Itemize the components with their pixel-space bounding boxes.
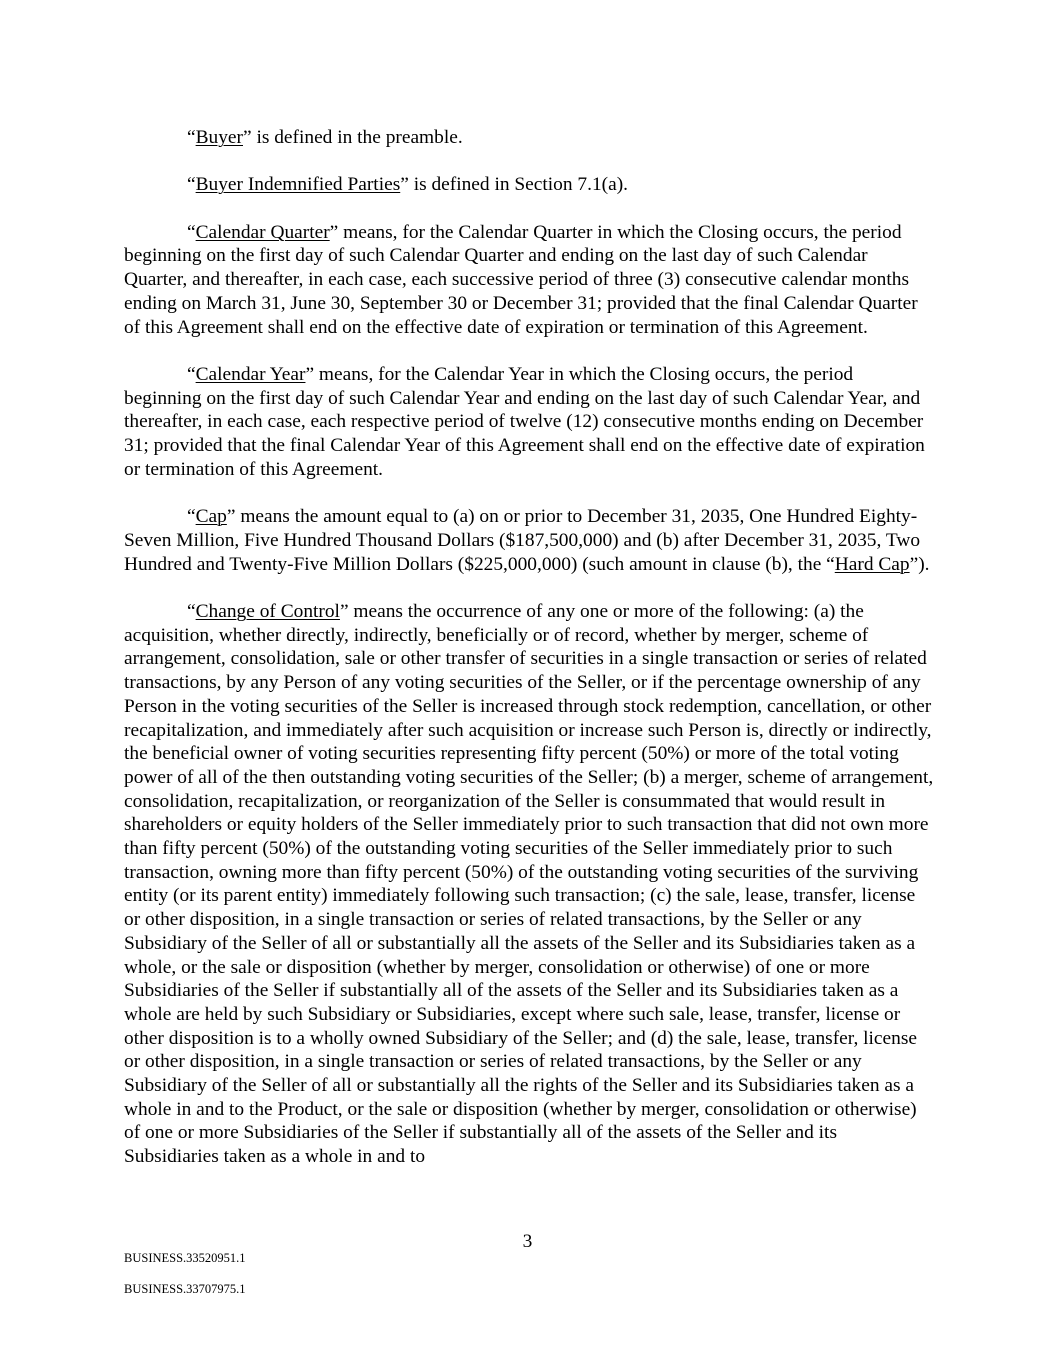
defined-term: Buyer [196,127,243,148]
definition-buyer: “Buyer” is defined in the preamble. [124,126,934,150]
footer-document-id: BUSINESS.33520951.1 [124,1251,246,1266]
footer-document-id: BUSINESS.33707975.1 [124,1282,246,1297]
defined-term: Buyer Indemnified Parties [196,174,401,195]
defined-term: Change of Control [196,601,340,622]
open-quote: “ [187,127,196,148]
definition-tail: ”). [910,554,930,575]
definition-text: ” means the occurrence of any one or mor… [124,601,933,1167]
definition-calendar-year: “Calendar Year” means, for the Calendar … [124,363,934,482]
open-quote: “ [187,506,196,527]
definition-buyer-indemnified-parties: “Buyer Indemnified Parties” is defined i… [124,173,934,197]
definition-cap: “Cap” means the amount equal to (a) on o… [124,505,934,576]
open-quote: “ [187,601,196,622]
open-quote: “ [187,364,196,385]
definition-text: ” is defined in Section 7.1(a). [400,174,628,195]
defined-term: Calendar Year [196,364,306,385]
page-number: 3 [0,1231,1055,1253]
defined-term: Cap [196,506,227,527]
open-quote: “ [187,174,196,195]
definition-text: ” is defined in the preamble. [243,127,463,148]
definition-text: ” means the amount equal to (a) on or pr… [124,506,920,574]
defined-term: Calendar Quarter [196,222,330,243]
document-body: “Buyer” is defined in the preamble. “Buy… [124,126,934,1193]
definition-calendar-quarter: “Calendar Quarter” means, for the Calend… [124,221,934,340]
definition-change-of-control: “Change of Control” means the occurrence… [124,600,934,1169]
open-quote: “ [187,222,196,243]
defined-subterm-hard-cap: Hard Cap [835,554,910,575]
